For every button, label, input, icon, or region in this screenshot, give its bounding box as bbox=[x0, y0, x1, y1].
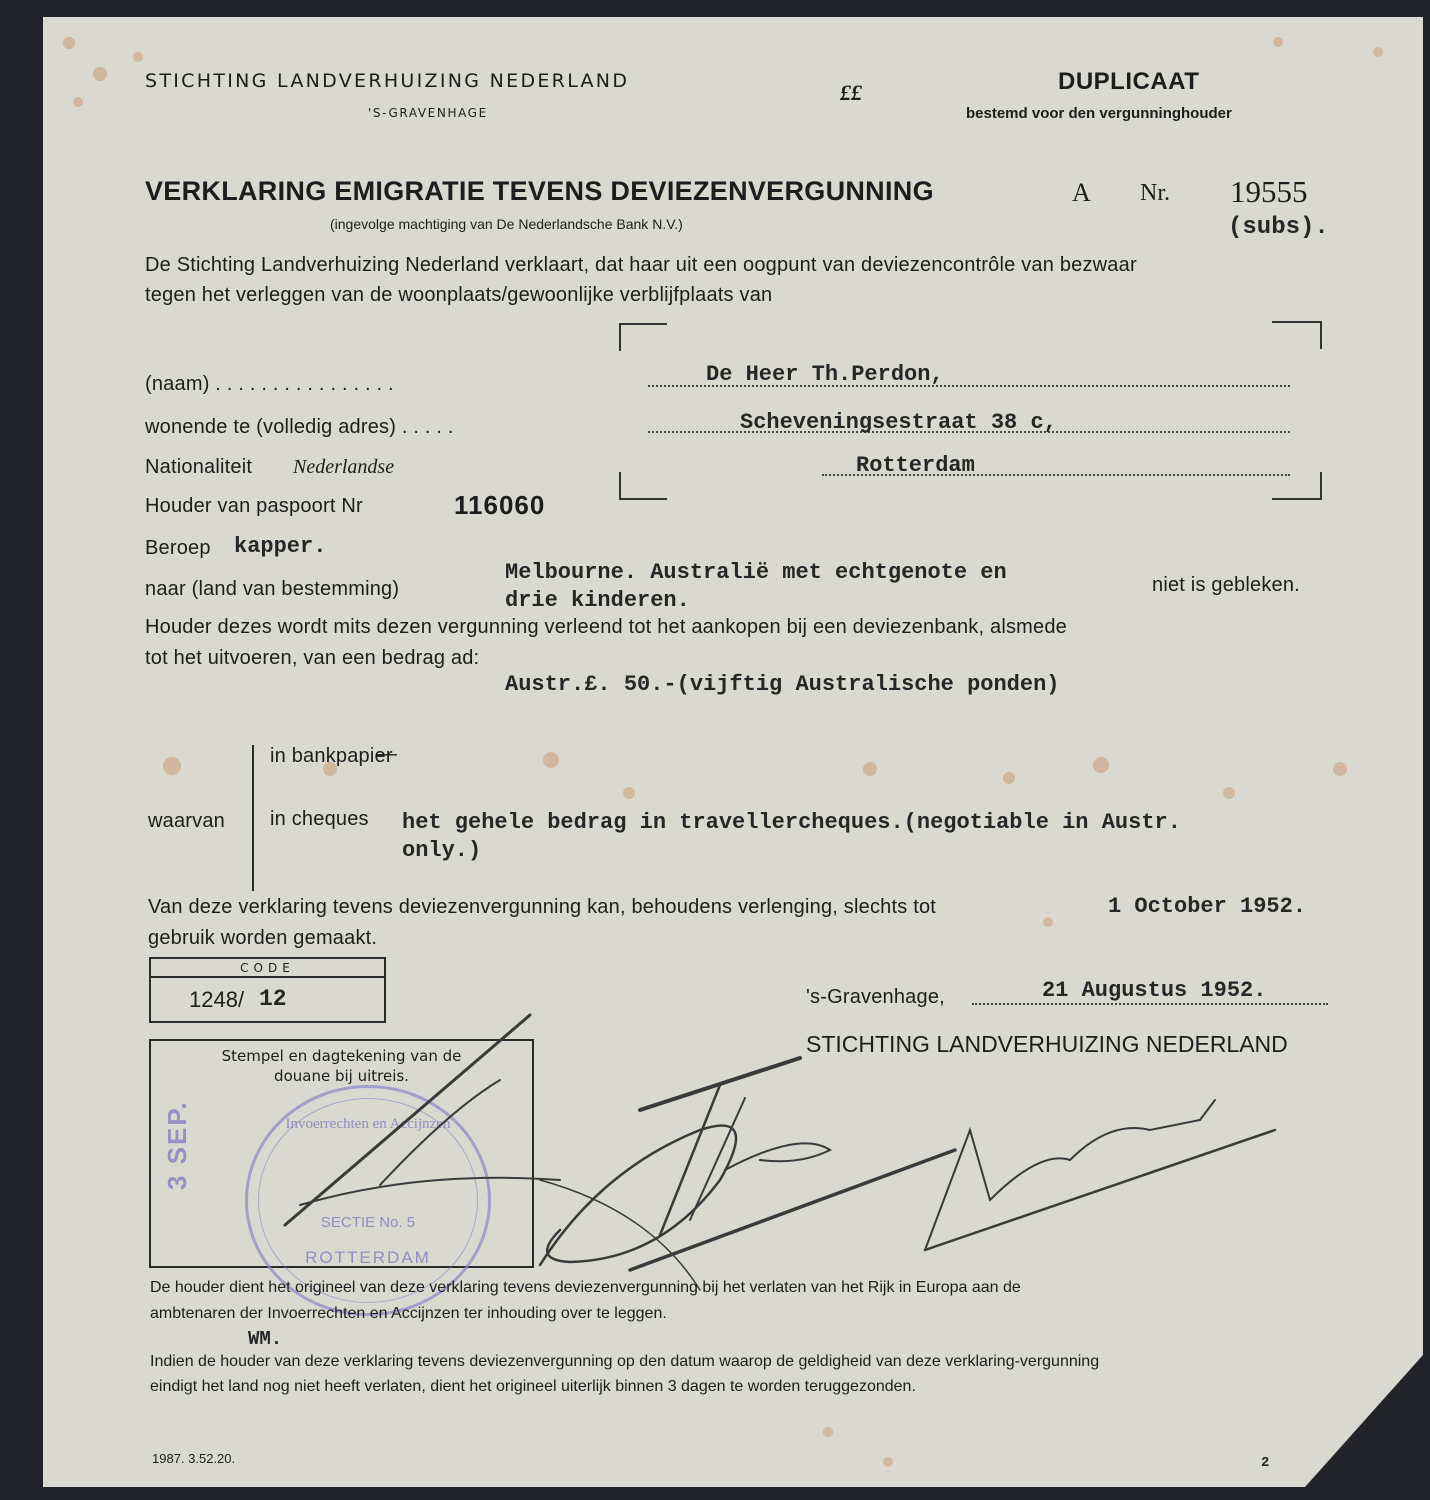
footer-note-2-line-1: Indien de houder van deze verklaring tev… bbox=[150, 1353, 1099, 1371]
page-mark: 2 bbox=[1261, 1455, 1269, 1471]
print-code: 1987. 3.52.20. bbox=[152, 1451, 235, 1466]
footer-note-1-line-1: De houder dient het origineel van deze v… bbox=[150, 1279, 1021, 1297]
signature-strokes-icon bbox=[0, 0, 1430, 1500]
footer-note-1-line-2: ambtenaren der Invoerrechten en Accijnze… bbox=[150, 1305, 667, 1323]
footer-note-2-line-2: eindigt het land nog niet heeft verlaten… bbox=[150, 1378, 916, 1396]
typist-initials: WM. bbox=[248, 1328, 282, 1350]
